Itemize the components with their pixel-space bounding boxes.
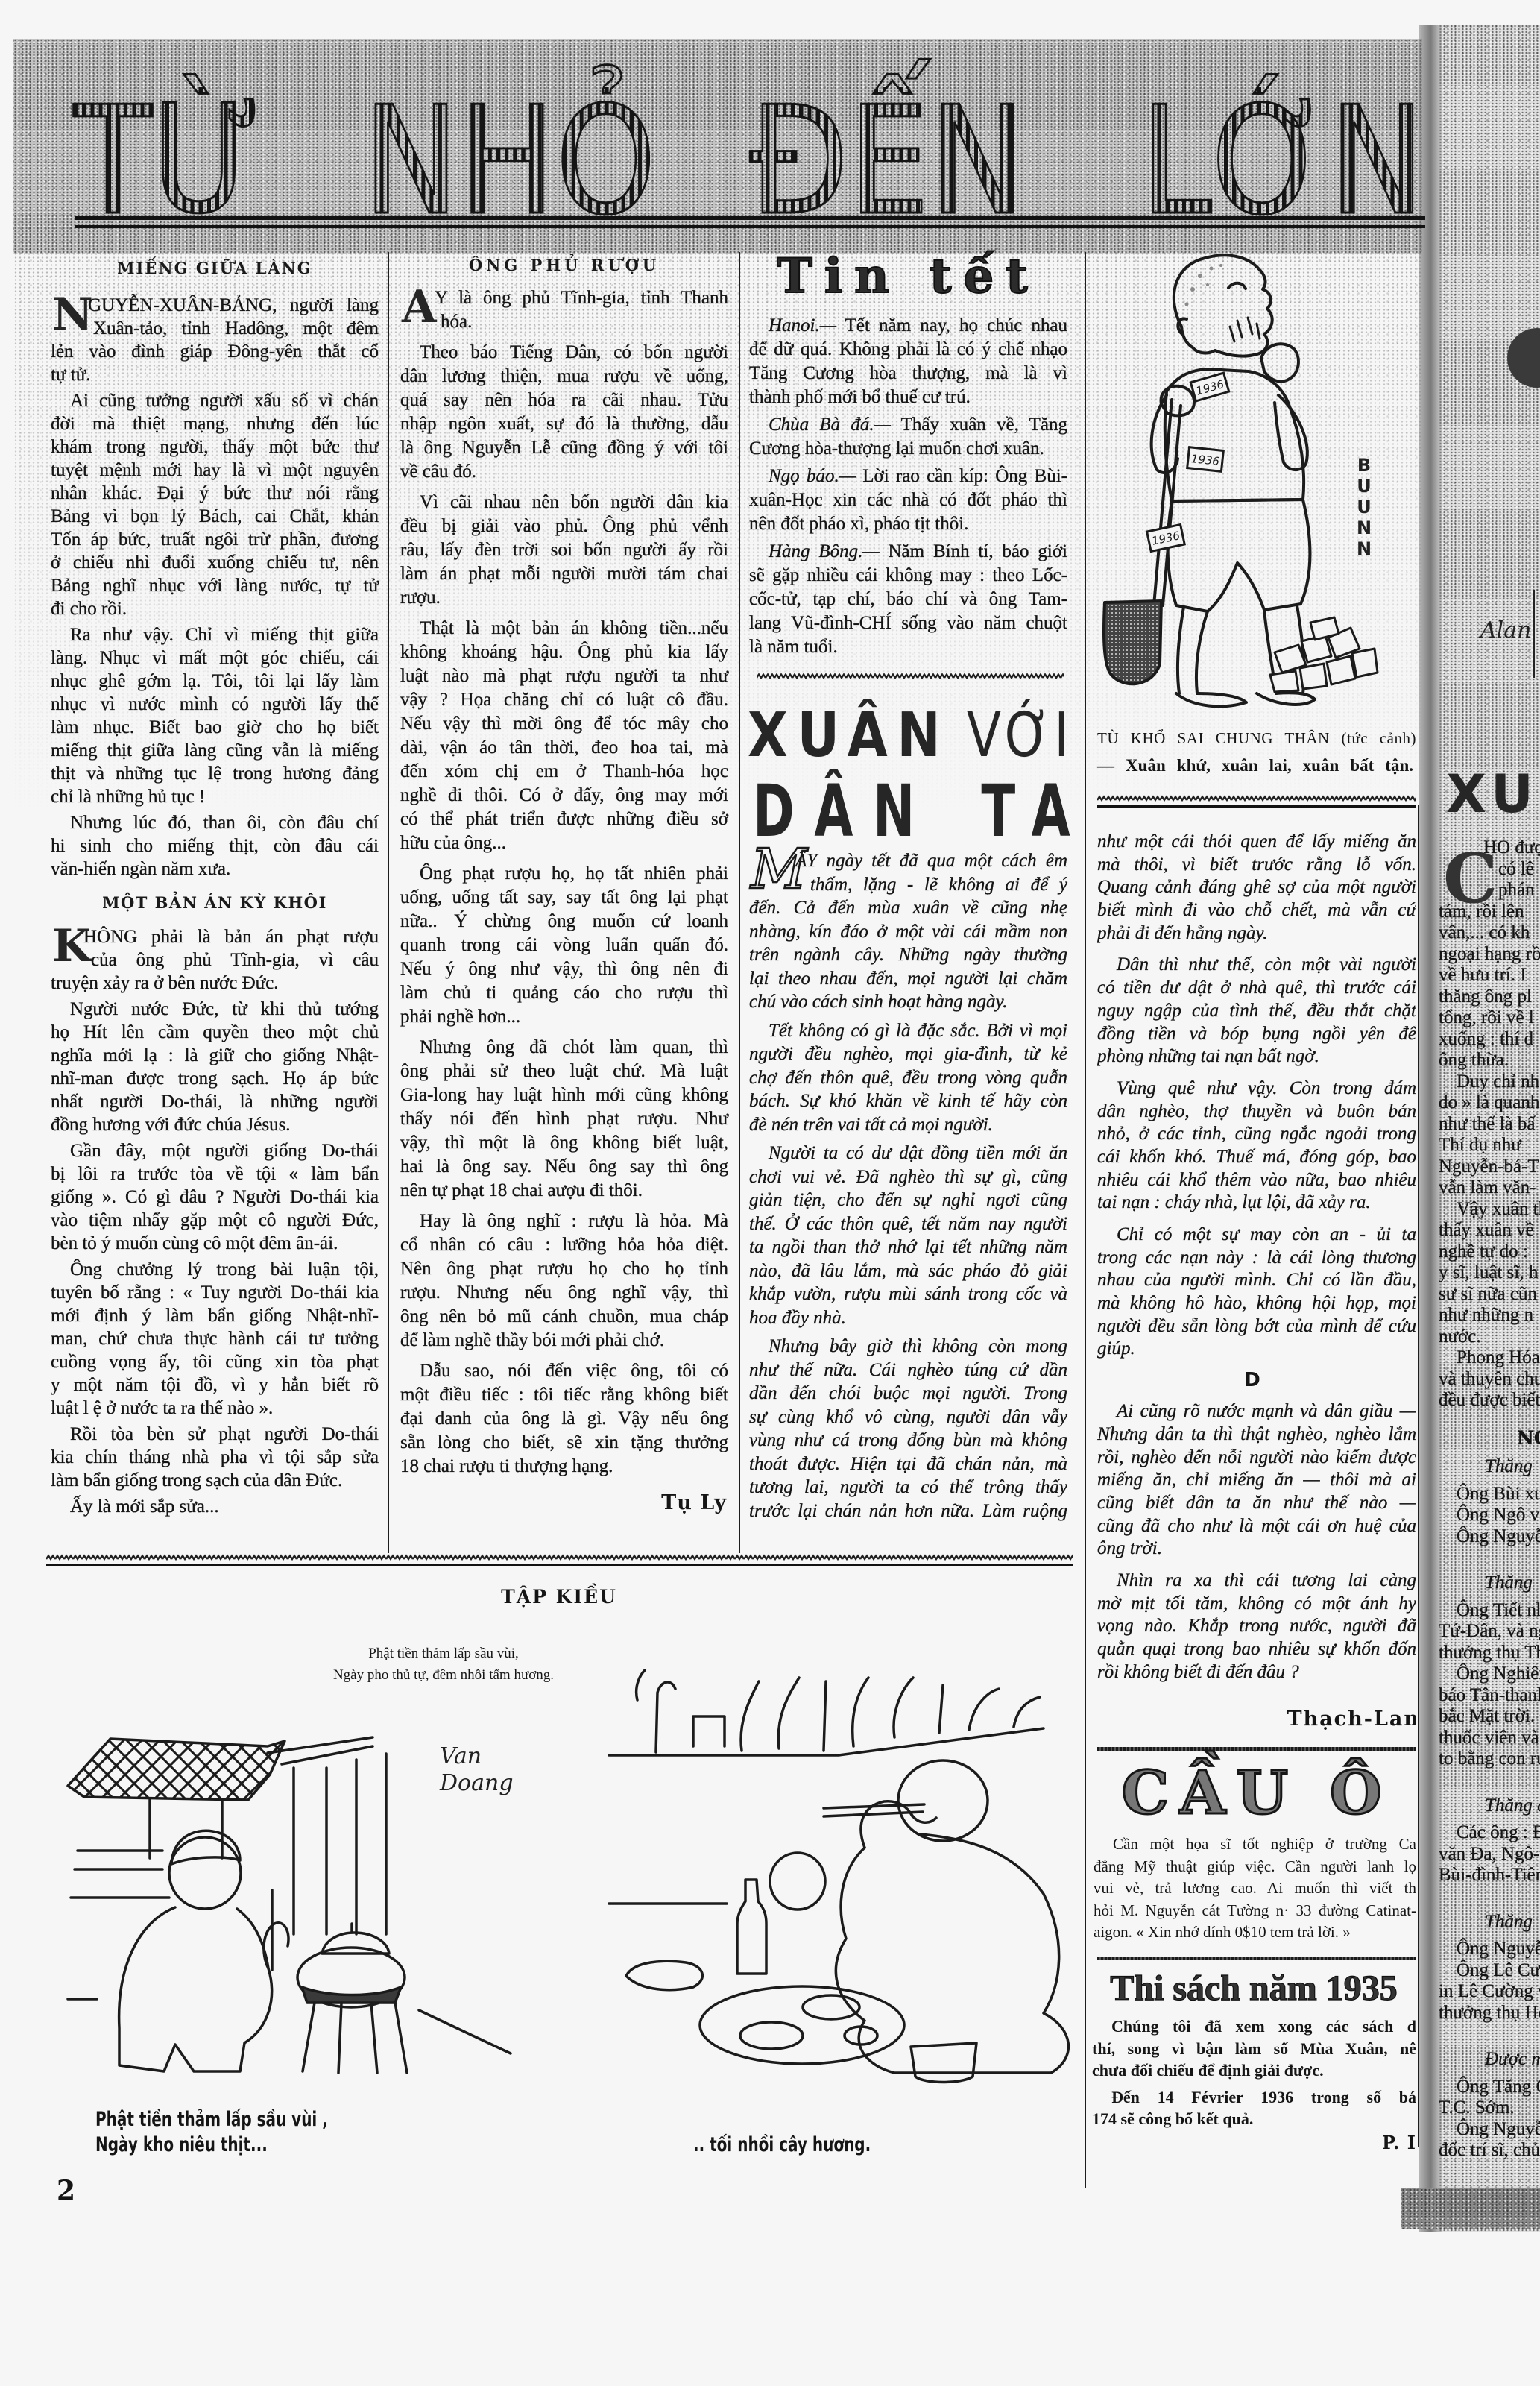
text-line: làm án phạt mỗi người mười tám chai xyxy=(400,562,728,586)
text-line: râu, lấy đèn trời soi bốn người ấy rồi xyxy=(400,538,728,562)
text-line: truyện xảy ra ở bên nước Đức. xyxy=(51,972,379,995)
cartoon-caption-quote: — Xuân khứ, xuân lai, xuân bất tận. xyxy=(1097,755,1413,777)
wine-bottle xyxy=(737,1880,766,1974)
text-line: hai là ông say. Nếu ông say thì ông xyxy=(400,1155,728,1179)
dateline: Hàng Bông.— xyxy=(769,541,880,561)
article-body-xuan-voi-dan-ta: MẤY ngày tết đã qua một cách êmthấm, lặn… xyxy=(749,849,1067,1523)
paragraph: Hay là ông nghĩ : rượu là hỏa. Màcổ nhân… xyxy=(400,1209,728,1353)
text-line: thấy xuân về xyxy=(1439,1220,1540,1241)
text-line: ông trời. xyxy=(1097,1537,1416,1561)
text-line: Ông Nguyễn xyxy=(1439,1526,1540,1548)
text-line: Nguyễn-bá-T xyxy=(1439,1156,1540,1178)
text-line: Chùa Bà đá.— Thấy xuân về, Tăng xyxy=(749,413,1067,437)
text-line: Hay là ông nghĩ : rượu là hỏa. Mà xyxy=(400,1209,728,1233)
text-line: nhĩ-man được trong sạch. Họ áp bức xyxy=(51,1067,379,1090)
text-line: ở chiếu nhì đuổi xuống chiếu tư, nên xyxy=(51,551,379,574)
paragraph: Ông phạt rượu họ, họ tất nhiên phảiuống,… xyxy=(400,862,728,1029)
paragraph: Tết không có gì là đặc sắc. Bởi vì mọing… xyxy=(749,1019,1067,1137)
text-line: văn Đa, Ngô-tử xyxy=(1439,1844,1540,1866)
text-line: luật l ệ ở nước ta ra thế nào ». xyxy=(51,1397,379,1420)
text-line: làm nhục. Biết bao giờ cho họ biết xyxy=(51,716,379,739)
section-rule xyxy=(1097,805,1416,808)
text-line: bèn tỏ ý muốn cùng cô một đêm ân-ái. xyxy=(51,1232,379,1255)
fire xyxy=(302,1987,401,2003)
text-line: ông thừa. xyxy=(1439,1050,1540,1071)
cartoon-caption-left: Phật tiền thảm lấp sầu vùi , Ngày kho ni… xyxy=(95,2107,328,2158)
paragraph: Chùa Bà đá.— Thấy xuân về, TăngCương hòa… xyxy=(749,413,1067,461)
text-line: Các ông : Đă xyxy=(1439,1822,1540,1844)
text-line: về câu đó. xyxy=(400,460,728,484)
text-line: trong các nạn này : là cái lòng thương xyxy=(1097,1247,1416,1270)
caption-line: Phật tiền thảm lấp sầu vùi , xyxy=(95,2107,328,2132)
text-line: Cương hòa-thượng lại muốn chơi xuân. xyxy=(749,437,1067,461)
article-xuan-voi-dan-ta-continued: như một cái thói quen để lấy miếng ănmà … xyxy=(1097,831,1416,1733)
text-line: bách. Sự khó khăn về kinh tế hãy còn xyxy=(749,1089,1067,1113)
food-item xyxy=(740,2022,803,2049)
paragraph: Ai cũng rõ nước mạnh và dân giầu —Nhưng … xyxy=(1097,1400,1416,1561)
text-line: Hanoi.— Tết năm nay, họ chúc nhau xyxy=(749,314,1067,338)
text-line: người đều sẵn lòng bớt của mình để cứu xyxy=(1097,1315,1416,1338)
text-line: Tăng Cương hòa thượng, mà là vì xyxy=(749,362,1067,385)
text-line: một điều tiếc : tôi tiếc rằng không biết xyxy=(400,1383,728,1407)
stubble-dot xyxy=(1198,274,1202,278)
text-line: mà không hô hào, không hội họp, mọi xyxy=(1097,1292,1416,1315)
masthead-title: TỪ NHỎ ĐẾN LỚN xyxy=(74,87,1425,236)
dateline: Chùa Bà đá.— xyxy=(769,415,891,435)
prisoner-cartoon: 1936 1936 1936 xyxy=(1088,246,1439,723)
text-line: Gia-long hay luật hình mới cũng không xyxy=(400,1083,728,1107)
text-line: giản tiện, cho đến sự nghỉ ngơi cũng xyxy=(749,1189,1067,1212)
text-line: Ông chưởng lý trong bài luận tội, xyxy=(51,1258,379,1281)
text-line: nữa.. Ý chừng ông muốn cứ loanh xyxy=(400,910,728,934)
text-line: quằn quại trong bao nhiêu sự khốn đốn xyxy=(1097,1638,1416,1661)
text-line: hữu của ông... xyxy=(400,831,728,855)
stubble-dot xyxy=(1219,264,1222,267)
paragraph: Theo báo Tiếng Dân, có bốn ngườidân lươn… xyxy=(400,341,728,484)
paragraph: Chỉ có một sự may còn an - ủi tatrong cá… xyxy=(1097,1224,1416,1361)
text-line: đều bị giải vào phủ. Ông phủ vểnh xyxy=(400,514,728,538)
paragraph: Ngọ báo.— Lời rao cần kíp: Ông Bùi-xuân-… xyxy=(749,465,1067,536)
paragraph: Ông chưởng lý trong bài luận tội,tuyên b… xyxy=(51,1258,379,1420)
text-line: để làm nghề thầy bói mới phải chớ. xyxy=(400,1329,728,1353)
text-line: thành phố mới bổ thuế cư trú. xyxy=(749,385,1067,409)
text-line: Duy chỉ nh xyxy=(1439,1071,1540,1093)
text-line: quá say nên hóa ra cãi nhau. Tửu xyxy=(400,388,728,412)
text-line: đốc trí sĩ, chủ ba xyxy=(1439,2140,1540,2162)
wavy-divider xyxy=(1097,795,1416,802)
text-line: không khoáng hậu. Ông phủ kia lấy xyxy=(400,640,728,664)
text-line: vọng nào. Khắp trong nước, người đã xyxy=(1097,1615,1416,1638)
paragraph: Nhưng bây giờ thì không còn mongnhư thế … xyxy=(749,1335,1067,1523)
paragraph: Chúng tôi đã xem xong các sách dthí, son… xyxy=(1092,2015,1416,2082)
paragraph: Dẫu sao, nói đến việc ông, tôi cómột điề… xyxy=(400,1359,728,1479)
monk-mouth xyxy=(911,1813,936,1822)
text-line: Tết không có gì là đặc sắc. Bởi vì mọi xyxy=(749,1019,1067,1043)
text-line: Theo báo Tiếng Dân, có bốn người xyxy=(400,341,728,365)
notice-body-thi-sach: Chúng tôi đã xem xong các sách dthí, son… xyxy=(1092,2015,1416,2130)
altar-shelf xyxy=(609,1728,1044,1755)
text-line: nguy ngập của tình thế, đều thắt chặt xyxy=(1097,1000,1416,1023)
prisoner-hand-chin xyxy=(1261,344,1298,381)
text-line: Nhưng dân ta thì thật nghèo, nghèo lắm xyxy=(1097,1423,1416,1447)
text-line: y sĩ, luật sĩ, h xyxy=(1439,1262,1540,1284)
stubble-dot xyxy=(1190,287,1195,292)
text-line: tuyệt mệnh mới hay là vì một nguyên xyxy=(51,459,379,482)
drop-cap: N xyxy=(52,297,93,333)
text-line: sẽ gặp nhiều cái không may : theo Lốc- xyxy=(749,564,1067,588)
text-line: HO được xyxy=(1439,837,1540,859)
text-line: thịt và những tục lệ trong hương đảng xyxy=(51,762,379,785)
text-line: Người nước Đức, từ khi thủ tướng xyxy=(51,998,379,1021)
text-line: vào tiệm nhẩy gặp một cô người Đức, xyxy=(51,1209,379,1232)
paragraph: Hanoi.— Tết năm nay, họ chúc nhauđể dữ q… xyxy=(749,314,1067,409)
text-line: y một năm tội đồ, vì y hẳn biết rõ xyxy=(51,1373,379,1397)
text-line: tự tử. xyxy=(51,363,379,386)
text-line: Thăng chủ báo xyxy=(1439,1795,1540,1817)
text-line: vân,... có kh xyxy=(1439,922,1540,944)
altar-objects xyxy=(637,1670,1040,1752)
text-line: nghĩa mới lạ : là giữ cho giống Nhật- xyxy=(51,1044,379,1067)
prisoner-beard xyxy=(1230,318,1260,341)
column-divider xyxy=(1418,805,1419,2147)
paragraph: MẤY ngày tết đã qua một cách êmthấm, lặn… xyxy=(749,849,1067,1014)
text-line: sư sĩ nữa cũn xyxy=(1439,1284,1540,1306)
paragraph: Đến 14 Février 1936 trong số bá174 sẽ cô… xyxy=(1092,2086,1416,2130)
text-line: nhất người Do-thái, là những người xyxy=(51,1090,379,1113)
text-line: đều được biết xyxy=(1439,1390,1540,1411)
text-line: NG xyxy=(1439,1428,1540,1449)
article-heading: MIẾNG GIỮA LÀNG xyxy=(51,254,379,283)
paragraph: Nhưng lúc đó, than ôi, còn đâu chíhi sin… xyxy=(51,811,379,881)
text-line: ông nên bỏ mũ cánh chuồn, mua cháp xyxy=(400,1305,728,1329)
text-line: khắp vườn, rượu mùi sánh trong cốc và xyxy=(749,1282,1067,1306)
paragraph: Ai cũng tưởng người xấu số vì chánđời mà… xyxy=(51,389,379,620)
text-line: báo Tân-thanh xyxy=(1439,1685,1540,1707)
text-line: Nhìn ra xa thì cái tương lai càng xyxy=(1097,1570,1416,1593)
text-line: tuyên bố rằng : « Tuy người Do-thái kia xyxy=(51,1281,379,1304)
prisoner-figure xyxy=(1104,255,1315,706)
headline-line-2: DÂN TA xyxy=(753,775,1073,846)
text-line: Bảng vì bọn lý Bách, cai Chắt, khán xyxy=(51,505,379,528)
text-line: Cần một họa sĩ tốt nghiệp ở trường Ca xyxy=(1094,1833,1416,1856)
text-line: T.C. Sớm. xyxy=(1439,2097,1540,2119)
masthead-word: ĐẾN xyxy=(749,87,1026,236)
shovel-handle xyxy=(1154,400,1181,605)
text-line: Vì cãi nhau nên bốn người dân kia xyxy=(400,491,728,514)
text-line: Ông Ngô văn xyxy=(1439,1505,1540,1526)
text-line: đè nén trên vai tất cả mọi người. xyxy=(749,1113,1067,1137)
wavy-divider xyxy=(757,673,1064,680)
text-line: Gần đây, một người giống Do-thái xyxy=(51,1139,379,1162)
adjacent-headline: XU xyxy=(1446,768,1538,820)
text-line: Thăng xyxy=(1439,1912,1540,1933)
paragraph: Vùng quê như vậy. Còn trong đámdân nghèo… xyxy=(1097,1077,1416,1215)
text-line: Dân thì như thế, còn một vài người xyxy=(1097,954,1416,977)
section-rule xyxy=(1097,1957,1416,1960)
brick-pile xyxy=(1270,617,1378,692)
text-line: của ông phủ Tĩnh-gia, vì câu xyxy=(51,948,379,972)
text-line: nhân khác. Đại ý bức thư nói rằng xyxy=(51,482,379,505)
text-line: vậy, thì một là ông không biết luật, xyxy=(400,1131,728,1155)
text-line: thăng ông pl xyxy=(1439,986,1540,1008)
text-line: Dẫu sao, nói đến việc ông, tôi có xyxy=(400,1359,728,1383)
text-line: thoát được. Hiện tại đã chán nản, mà xyxy=(749,1452,1067,1476)
text-line: man, chứ chưa thực hành cái tư tưởng xyxy=(51,1327,379,1350)
text-line: bị lôi ra trước tòa về tội « làm bẩn xyxy=(51,1162,379,1186)
text-line: Ông Nghiêm xyxy=(1439,1663,1540,1685)
ad-body-cau-o: Cần một họa sĩ tốt nghiệp ở trường Cađẳn… xyxy=(1094,1833,1416,1944)
text-line: xuân-Học xin các nhà có đốt pháo thì xyxy=(749,488,1067,512)
text-line: Ông Tiết nhu xyxy=(1439,1600,1540,1622)
lattice-awning xyxy=(68,1739,285,1800)
text-line: biết mình đi vào chỗ chết, mà vẫn cứ xyxy=(1097,899,1416,922)
paragraph: Dân thì như thế, còn một vài ngườicó tiề… xyxy=(1097,954,1416,1068)
text-line: như những n xyxy=(1439,1305,1540,1326)
text-line: Ông Lê Cường xyxy=(1439,1960,1540,1982)
text-line: thế. Ở các thôn quê, tết năm nay người xyxy=(749,1212,1067,1236)
paragraph: Người ta có dư dật đồng tiền mới ănchơi … xyxy=(749,1142,1067,1329)
text-line: phán xyxy=(1439,880,1540,901)
masthead-word: LỚN xyxy=(1140,87,1425,236)
text-line: dân nghèo, thợ thuyền và buôn bán xyxy=(1097,1101,1416,1124)
prisoner-eye xyxy=(1228,283,1246,289)
masthead-word: TỪ xyxy=(74,87,262,236)
text-line: aigon. « Xin nhớ dính 0$10 tem trả lời. … xyxy=(1094,1921,1416,1944)
notice-heading-thi-sach: Thi sách năm 1935 xyxy=(1097,1971,1410,2006)
text-line: Ông Nguyễn-n xyxy=(1439,2119,1540,2141)
sentence-tag: 1936 xyxy=(1147,525,1185,552)
text-line: Phong Hóa x xyxy=(1439,1347,1540,1369)
text-line: Bùi-đình-Tiên, xyxy=(1439,1865,1540,1886)
text-line: là ông Nguyễn Lễ cũng đồng ý với tôi xyxy=(400,436,728,460)
text-line: nhiêu cái khổ thêm vào nữa, bao nhiêu xyxy=(1097,1169,1416,1192)
text-line: Nhưng lúc đó, than ôi, còn đâu chí xyxy=(51,811,379,834)
text-line: Nhưng ông đã chót làm quan, thì xyxy=(400,1036,728,1060)
text-line: Đến 14 Février 1936 trong số bá xyxy=(1092,2086,1416,2109)
text-line: cũng đã cho như là một cái ơn huệ của xyxy=(1097,1515,1416,1538)
brick xyxy=(1270,671,1298,692)
text-line: hi sinh cho miếng thịt, còn đâu cái xyxy=(51,834,379,857)
stubble-dot xyxy=(1210,267,1214,271)
text-line: đại danh của ông là gì. Vậy nếu ông xyxy=(400,1407,728,1431)
text-line: uống, uống tất say, say tất ông lại phạt xyxy=(400,886,728,910)
article-body: Ai cũng rõ nước mạnh và dân giầu —Nhưng … xyxy=(1097,1400,1416,1684)
text-line: làm chủ ti quảng cáo cho rượu thì xyxy=(400,981,728,1005)
text-line: do » là quanh xyxy=(1439,1092,1540,1114)
text-line: Ra như vậy. Chỉ vì miếng thịt giữa xyxy=(51,623,379,646)
text-line: mà thôi, vì biết trước rằng lỗ vốn. xyxy=(1097,854,1416,877)
text-line: phòng những tai nạn bất ngờ. xyxy=(1097,1045,1416,1068)
text-line: Nhưng bây giờ thì không còn mong xyxy=(749,1335,1067,1359)
sentence-tags: 1936 1936 1936 xyxy=(1147,373,1229,551)
dateline: Hanoi.— xyxy=(769,315,836,336)
paragraph: Vì cãi nhau nên bốn người dân kiađều bị … xyxy=(400,491,728,610)
text-line: Y là ông phủ Tĩnh-gia, tỉnh Thanh xyxy=(400,286,728,310)
cartoon-title-tap-kieu: TẬP KIỀU xyxy=(462,1585,656,1609)
drop-cap: M xyxy=(751,848,807,891)
monk-body xyxy=(836,1834,1068,2073)
sentence-tag: 1936 xyxy=(1187,447,1224,472)
masthead-word: NHỎ xyxy=(363,87,656,236)
column-divider xyxy=(739,252,740,1553)
text-line: khám trong người, thấy một bức thư xyxy=(51,435,379,459)
stubble-dot xyxy=(1206,283,1209,286)
text-line: rượu. xyxy=(400,586,728,610)
rice-bowl xyxy=(911,2043,976,2083)
article-body: Hanoi.— Tết năm nay, họ chúc nhauđể dữ q… xyxy=(749,314,1067,659)
text-line: nhàng, kín đáo ở một vài cái mầm non xyxy=(749,920,1067,944)
text-line: trước lại chán nản hơn nữa. Làm ruộng xyxy=(749,1499,1067,1523)
text-line: sự cùng khổ vô cùng, người dân vẫy xyxy=(749,1406,1067,1429)
monk-head xyxy=(898,1760,988,1841)
text-line: thưởng thụ Hôn xyxy=(1439,2003,1540,2024)
paragraph: Nhưng ông đã chót làm quan, thìông phải … xyxy=(400,1036,728,1203)
sentence-tag: 1936 xyxy=(1190,373,1228,401)
prisoner-head xyxy=(1174,255,1272,356)
text-line: đẳng Mỹ thuật giúp việc. Cần người lanh … xyxy=(1094,1856,1416,1878)
text-line: dài, vận áo tân thời, đeo hoa tai, mà xyxy=(400,736,728,760)
text-line: Thăng xyxy=(1439,1456,1540,1478)
text-line: vui vẻ, trả lương cao. Ai muốn thì viết … xyxy=(1094,1877,1416,1900)
food-plate xyxy=(700,1986,904,2064)
article-body: KHÔNG phải là bản án phạt rượucủa ông ph… xyxy=(51,925,379,1518)
paragraph: Thật là một bản án không tiền...nếukhông… xyxy=(400,617,728,855)
brick xyxy=(1327,656,1355,684)
text-line: Nên ông phạt rượu họ cho họ tỉnh xyxy=(400,1257,728,1281)
article-body: AY là ông phủ Tĩnh-gia, tỉnh Thanhhóa.Th… xyxy=(400,286,728,1479)
paragraph: Hàng Bông.— Năm Bính tí, báo giớisẽ gặp … xyxy=(749,540,1067,659)
text-line: nhỏ, ở các tỉnh, cũng ngắc ngoải trong xyxy=(1097,1123,1416,1146)
text-line: Hàng Bông.— Năm Bính tí, báo giới xyxy=(749,540,1067,564)
text-line: chơi vui vẻ. Đã nghèo thì sự gì, cũng xyxy=(749,1165,1067,1189)
poker-stick xyxy=(419,2010,511,2053)
ad-heading-cau-o: CẦU Ô xyxy=(1097,1763,1416,1822)
text-line: có lê xyxy=(1439,859,1540,881)
paragraph: Cần một họa sĩ tốt nghiệp ở trường Cađẳn… xyxy=(1094,1833,1416,1944)
monk-arm xyxy=(861,1801,912,1848)
text-line: là năm tuổi. xyxy=(749,635,1067,659)
text-line: Rồi tòa bèn sử phạt người Do-thái xyxy=(51,1423,379,1446)
text-line: lang Vũ-đình-CHÍ sống vào năm chuột xyxy=(749,611,1067,635)
text-line: lại theo nhau đến, mọi người lại chăm xyxy=(749,967,1067,991)
text-line: giúp. xyxy=(1097,1338,1416,1361)
text-line: hỏi M. Nguyễn cát Tường n· 33 đường Cati… xyxy=(1094,1900,1416,1922)
text-line: trên ngành cây. Những ngày thường xyxy=(749,943,1067,967)
text-line: vậy ? Họa chăng chỉ có luật cô đầu. xyxy=(400,688,728,712)
verse-line: Ngày pho thủ tự, đêm nhồi tấm hương. xyxy=(294,1664,593,1686)
text-line: vẫn làm văn- xyxy=(1439,1177,1540,1199)
adjacent-page-column: XU C HO đượccó lêphántám, rồi lênvân,...… xyxy=(1439,768,1540,2259)
text-line: cũng biết dân ta ăn như thế nào — xyxy=(1097,1492,1416,1515)
scalp-stubble xyxy=(1185,264,1223,306)
text-line: thấy nói đến hình phạt rượu. Như xyxy=(400,1107,728,1131)
author-signature: Thạch-Lam xyxy=(1097,1706,1416,1733)
text-line: Ấy là mới sắp sửa... xyxy=(51,1495,379,1518)
prisoner-feet xyxy=(1176,693,1315,706)
text-line: đời mà thiệt mạng, nhưng đến lúc xyxy=(51,412,379,435)
text-line: nhau của người mình. Chỉ có lần đầu, xyxy=(1097,1269,1416,1292)
steps xyxy=(68,1851,169,1999)
text-line: Thí dụ như xyxy=(1439,1135,1540,1156)
text-line: Quang cảnh đáng ghê sợ của một người xyxy=(1097,876,1416,899)
text-line: ông phải sử theo luật chứ. Mà luật xyxy=(400,1060,728,1083)
right-scene xyxy=(609,1670,1068,2083)
text-line: như thế là bấ xyxy=(1439,1114,1540,1136)
text-line: chưa đối chiếu để định giải được. xyxy=(1092,2059,1416,2082)
text-line: dân lương thiện, mua rượu về uống, xyxy=(400,365,728,388)
notice-signature: P. I xyxy=(1267,2131,1416,2155)
text-line: Chỉ có một sự may còn an - ủi ta xyxy=(1097,1224,1416,1247)
text-line: nào, đã lâu lắm, mà sác pháo đỏ giải xyxy=(749,1259,1067,1283)
drop-cap: A xyxy=(402,289,437,325)
text-line: chỉ là những hủ tục ! xyxy=(51,785,379,808)
brick xyxy=(1352,649,1378,677)
text-line: đồng tiền và bóp bụng ngồi yên để xyxy=(1097,1023,1416,1046)
text-line: ta ngồi than thở nhớ lại tết những năm xyxy=(749,1236,1067,1259)
headline-word-bold: XUÂN xyxy=(748,705,950,767)
page-number: 2 xyxy=(57,2176,75,2206)
prisoner-shorts xyxy=(1168,500,1310,611)
text-line: miếng ăn, chỉ miếng ăn — thôi mà ai xyxy=(1097,1469,1416,1492)
text-line: nên đốt pháo xì, pháo tịt thôi. xyxy=(749,512,1067,536)
text-line: có tiền dư dật ở nhà quê, thì trước cái xyxy=(1097,977,1416,1000)
text-line: sẵn lòng cho biết, sẽ xin tặng thưởng xyxy=(400,1431,728,1455)
shovel-blade xyxy=(1104,601,1161,684)
adjacent-text: HO đượccó lêphántám, rồi lênvân,... có k… xyxy=(1439,837,1540,2162)
text-line: cuồng vọng ấy, tôi cũng xin tòa phạt xyxy=(51,1350,379,1373)
text-line: Tứ-Dân, và ng xyxy=(1439,1621,1540,1643)
text-line: lẻn vào đình giáp Đông-yên thắt cổ xyxy=(51,340,379,363)
paragraph: Rồi tòa bèn sử phạt người Do-tháikia chí… xyxy=(51,1423,379,1492)
text-line: Ông Tăng Can xyxy=(1439,2077,1540,2098)
cartoon-caption-right: .. tối nhồi cây hương. xyxy=(693,2132,871,2158)
cartoonist-signature: Van Doang xyxy=(440,1743,514,1797)
text-line: tai nạn : cháy nhà, lụt lội, đã xảy ra. xyxy=(1097,1192,1416,1215)
food-scrap xyxy=(626,1961,702,1989)
text-line: phải đi đến hằng ngày. xyxy=(1097,922,1416,945)
paragraph: Ra như vậy. Chỉ vì miếng thịt giữalàng. … xyxy=(51,623,379,808)
text-line: nước. xyxy=(1439,1326,1540,1348)
signature-line: Doang xyxy=(440,1770,514,1797)
text-line: Ông Nguyễn N xyxy=(1439,1939,1540,1960)
text-line: cổ nhân có câu : lưỡng hỏa hỏa diệt. xyxy=(400,1233,728,1257)
paragraph: Người nước Đức, từ khi thủ tướnghọ Hít l… xyxy=(51,998,379,1136)
text-line: mới định ý làm bẩn giống Nhật-nhĩ- xyxy=(51,1304,379,1327)
text-line: ngoại hạng rồ xyxy=(1439,944,1540,966)
text-line: chú vào cách sinh hoạt hàng ngày. xyxy=(749,990,1067,1014)
text-line: rượu. Nhưng nếu ông nghĩ vậy, thì xyxy=(400,1281,728,1305)
paragraph: Ấy là mới sắp sửa... xyxy=(51,1495,379,1518)
text-line: làm bẩn giống trong sạch của dân Đức. xyxy=(51,1469,379,1492)
text-line: Bảng nghĩ nhục với làng nước, tự tử xyxy=(51,574,379,597)
text-line: nghề đi thôi. Có ở đấy, ông may mới xyxy=(400,784,728,808)
text-line: họ Hít lên cầm quyền theo một chủ xyxy=(51,1021,379,1044)
text-line: Chúng tôi đã xem xong các sách d xyxy=(1092,2015,1416,2038)
text-line: Nếu ý ông như vậy, thì ông nên đi xyxy=(400,957,728,981)
text-line: hoa đầy nhà. xyxy=(749,1306,1067,1330)
text-line: và thuyên chu xyxy=(1439,1369,1540,1391)
stove-legs xyxy=(303,2003,407,2073)
text-line: HÔNG phải là bản án phạt rượu xyxy=(51,925,379,948)
text-line: để dữ quá. Không phải là có ý chế nhạo xyxy=(749,338,1067,362)
section-rule xyxy=(1097,1747,1416,1751)
text-line: cái khốn khó. Thuế má, đóng góp, bao xyxy=(1097,1146,1416,1169)
text-line: nên tự phạt 18 chai aượu đi thôi. xyxy=(400,1179,728,1203)
text-line: in Lê Cường và xyxy=(1439,1981,1540,2003)
verse-line: Phật tiền thảm lấp sầu vùi, xyxy=(294,1643,593,1664)
text-line: văn-hiến ngàn năm xưa. xyxy=(51,857,379,881)
round-mirror xyxy=(770,1853,825,1910)
